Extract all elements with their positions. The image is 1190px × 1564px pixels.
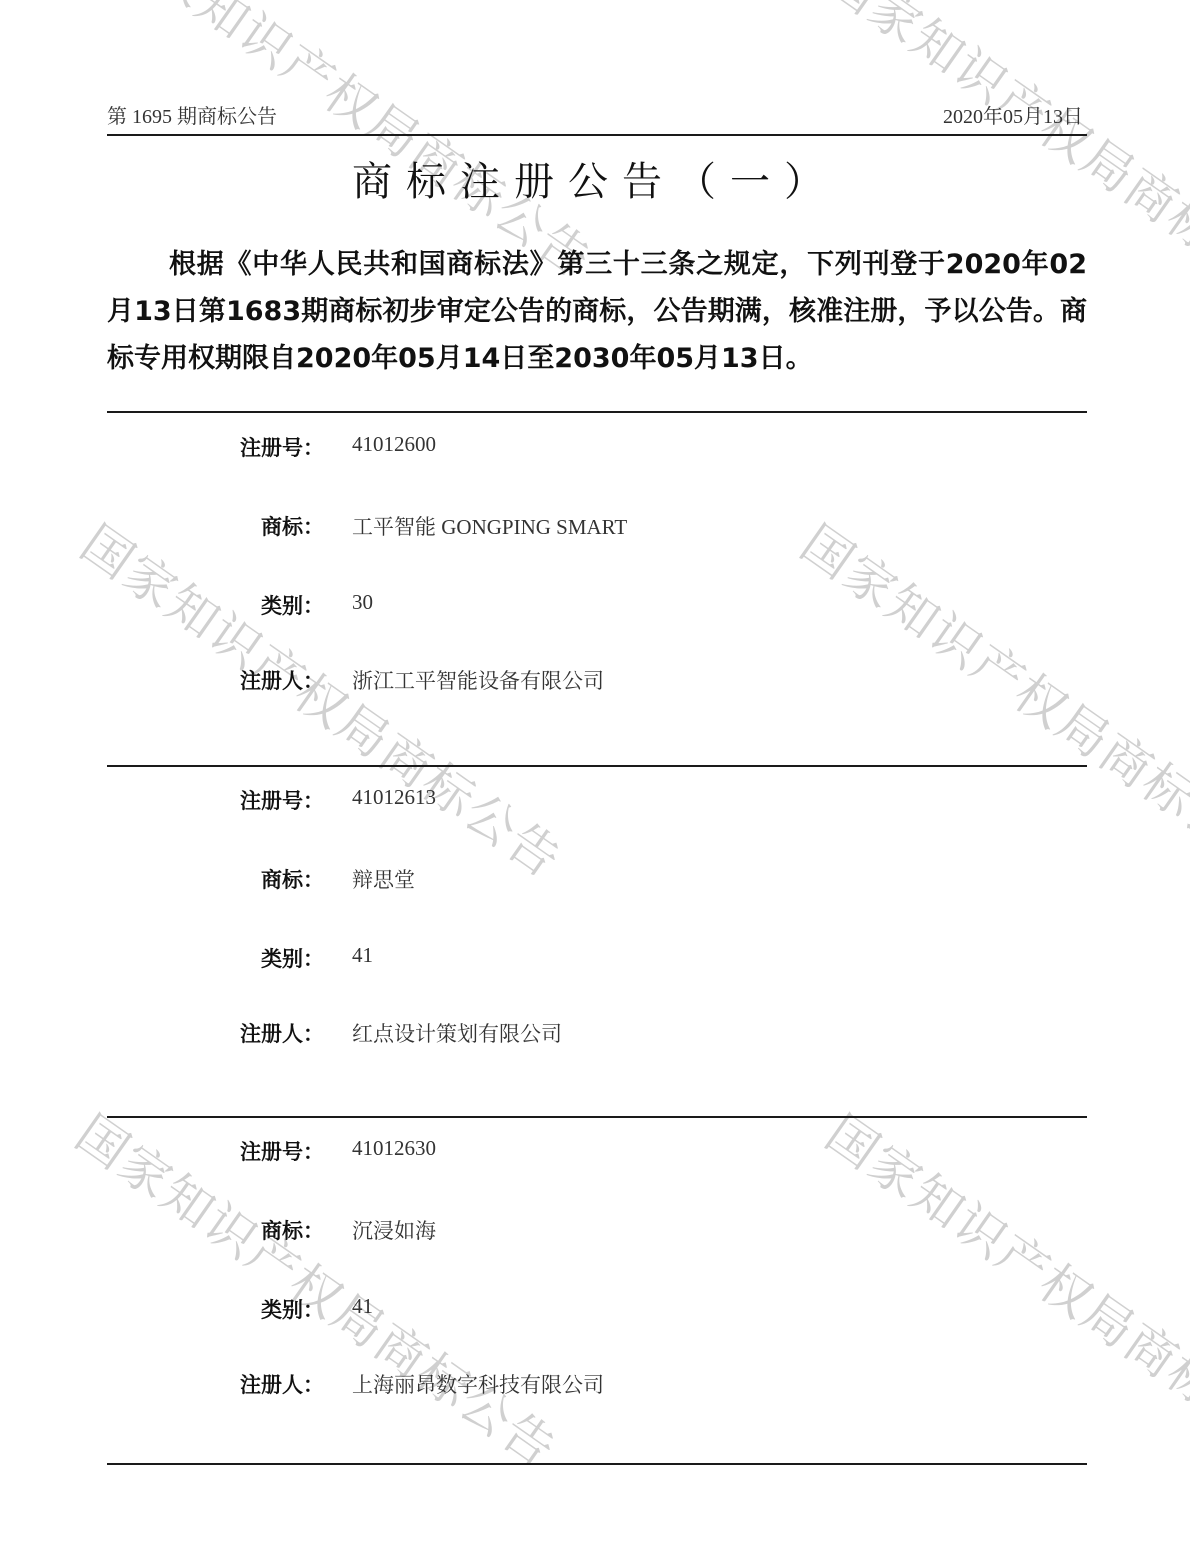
- class-label: 类别：: [261, 943, 324, 973]
- registrant-label: 注册人：: [240, 1018, 324, 1048]
- header-date: 2020年05月13日: [943, 100, 1083, 129]
- class-row: 类别： 41: [0, 1294, 1190, 1324]
- intro-paragraph: 根据《中华人民共和国商标法》第三十三条之规定，下列刊登于2020年02月13日第…: [107, 241, 1087, 382]
- class-value: 41: [352, 1294, 373, 1319]
- reg-no-row: 注册号： 41012600: [0, 432, 1190, 462]
- mark-value: 沉浸如海: [352, 1215, 436, 1245]
- reg-no-label: 注册号：: [240, 432, 324, 462]
- reg-no-value: 41012600: [352, 432, 436, 457]
- registrant-value: 上海丽昂数字科技有限公司: [352, 1369, 604, 1399]
- watermark-mid-right: 国家知识产权局商标公告: [789, 505, 1190, 892]
- registrant-row: 注册人： 红点设计策划有限公司: [0, 1018, 1190, 1048]
- reg-no-label: 注册号：: [240, 1136, 324, 1166]
- document-title: 商标注册公告（一）: [0, 150, 1190, 207]
- header-rule: [107, 134, 1087, 136]
- section-rule-1: [107, 411, 1087, 413]
- section-rule-4: [107, 1463, 1087, 1465]
- registrant-value: 浙江工平智能设备有限公司: [352, 665, 604, 695]
- registrant-row: 注册人： 浙江工平智能设备有限公司: [0, 665, 1190, 695]
- reg-no-row: 注册号： 41012613: [0, 785, 1190, 815]
- mark-label: 商标：: [261, 864, 324, 894]
- class-label: 类别：: [261, 590, 324, 620]
- mark-label: 商标：: [261, 1215, 324, 1245]
- watermark-mid-left: 国家知识产权局商标公告: [69, 505, 579, 892]
- registrant-label: 注册人：: [240, 665, 324, 695]
- class-value: 41: [352, 943, 373, 968]
- mark-label: 商标：: [261, 511, 324, 541]
- reg-no-row: 注册号： 41012630: [0, 1136, 1190, 1166]
- registrant-label: 注册人：: [240, 1369, 324, 1399]
- reg-no-value: 41012630: [352, 1136, 436, 1161]
- mark-value: 工平智能 GONGPING SMART: [352, 511, 627, 541]
- registrant-value: 红点设计策划有限公司: [352, 1018, 562, 1048]
- mark-value: 辩思堂: [352, 864, 415, 894]
- class-label: 类别：: [261, 1294, 324, 1324]
- class-value: 30: [352, 590, 373, 615]
- class-row: 类别： 30: [0, 590, 1190, 620]
- class-row: 类别： 41: [0, 943, 1190, 973]
- registrant-row: 注册人： 上海丽昂数字科技有限公司: [0, 1369, 1190, 1399]
- document-page: 国家知识产权局商标公告 国家知识产权局商标公告 国家知识产权局商标公告 国家知识…: [0, 0, 1190, 1564]
- running-header: 第 1695 期商标公告 2020年05月13日: [107, 96, 1085, 136]
- mark-row: 商标： 沉浸如海: [0, 1215, 1190, 1245]
- section-rule-3: [107, 1116, 1087, 1118]
- mark-row: 商标： 工平智能 GONGPING SMART: [0, 511, 1190, 541]
- section-rule-2: [107, 765, 1087, 767]
- reg-no-label: 注册号：: [240, 785, 324, 815]
- issue-label: 第 1695 期商标公告: [107, 100, 277, 129]
- reg-no-value: 41012613: [352, 785, 436, 810]
- mark-row: 商标： 辩思堂: [0, 864, 1190, 894]
